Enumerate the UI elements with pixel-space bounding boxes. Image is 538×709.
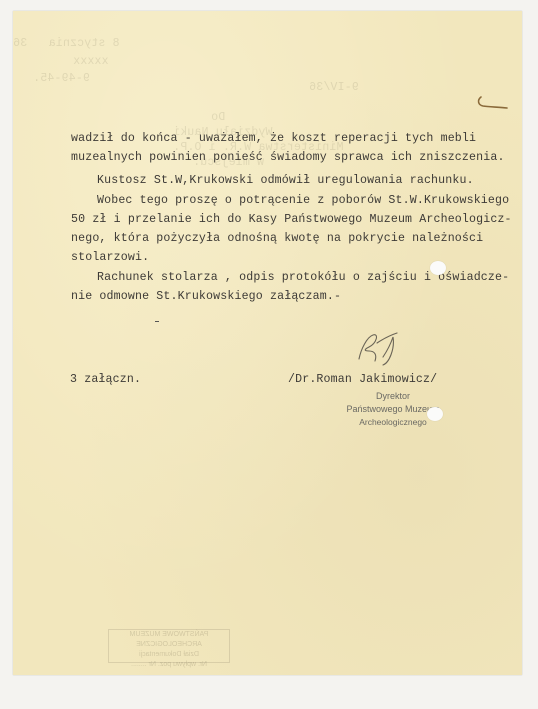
bleed-do: Do bbox=[211, 111, 225, 124]
signatory-name: /Dr.Roman Jakimowicz/ bbox=[288, 373, 437, 386]
attachments-note: 3 załączn. bbox=[70, 373, 141, 386]
bleed-date: 8 stycznia 36 bbox=[13, 37, 120, 50]
bleed-archive-stamp: PAŃSTWOWE MUZEUM ARCHEOLOGICZNE Dział Do… bbox=[108, 629, 230, 663]
check-mark-icon bbox=[475, 94, 509, 110]
body-line-1: wadził do końca - uważałem, że koszt rep… bbox=[71, 132, 476, 145]
typed-mark bbox=[155, 321, 159, 322]
body-line-4: Wobec tego proszę o potrącenie z poborów… bbox=[97, 194, 509, 207]
stamp-title: Dyrektor bbox=[348, 391, 438, 401]
bleed-xxxx: xxxxx bbox=[73, 55, 109, 68]
body-line-2: muzealnych powinien ponieść świadomy spr… bbox=[71, 151, 505, 164]
body-line-3: Kustosz St.W,Krukowski odmówił uregulowa… bbox=[97, 174, 474, 187]
body-line-6: nego, która pożyczyła odnośną kwotę na p… bbox=[71, 232, 483, 245]
punch-hole bbox=[427, 407, 443, 421]
body-line-8: Rachunek stolarza , odpis protokółu o za… bbox=[97, 271, 509, 284]
bleed-number: 9-49-45. bbox=[33, 72, 90, 85]
body-line-7: stolarzowi. bbox=[71, 251, 149, 264]
document-page: 8 stycznia 36 xxxxx 9-49-45. 9-IV/36 Do … bbox=[13, 11, 522, 675]
punch-hole bbox=[430, 261, 446, 275]
body-line-9: nie odmowne St.Krukowskiego załączam.- bbox=[71, 290, 341, 303]
signature-icon bbox=[353, 329, 413, 369]
body-line-5: 50 zł i przelanie ich do Kasy Państwoweg… bbox=[71, 213, 512, 226]
bleed-ref: 9-IV/36 bbox=[309, 81, 359, 94]
